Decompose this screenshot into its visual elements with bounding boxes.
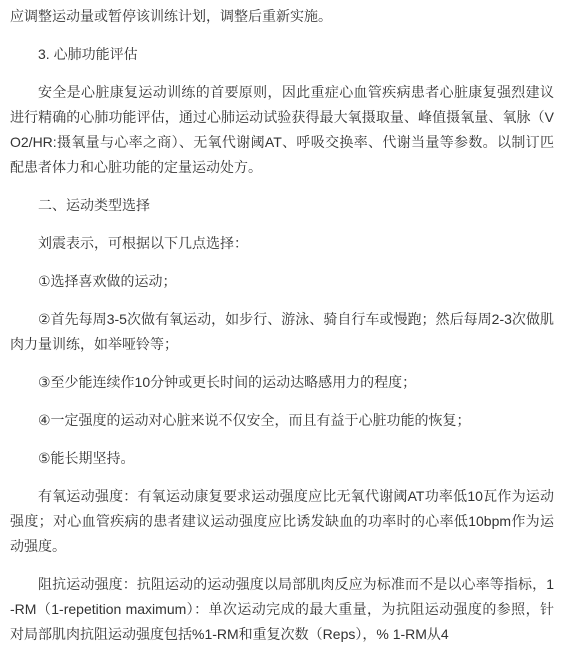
paragraph-safety-principle: 安全是心脏康复运动训练的首要原则，因此重症心血管疾病患者心脏康复强烈建议进行精确… (10, 80, 554, 180)
list-item-1: ①选择喜欢做的运动； (10, 269, 554, 294)
paragraph-expert-intro: 刘震表示，可根据以下几点选择： (10, 231, 554, 256)
subsection-heading-cardiopulmonary-assessment: 3. 心肺功能评估 (10, 42, 554, 67)
article-body: 应调整运动量或暂停该训练计划，调整后重新实施。 3. 心肺功能评估 安全是心脏康… (0, 0, 563, 655)
list-item-5: ⑤能长期坚持。 (10, 446, 554, 471)
continued-paragraph: 应调整运动量或暂停该训练计划，调整后重新实施。 (10, 4, 554, 29)
paragraph-resistance-intensity: 阻抗运动强度：抗阻运动的运动强度以局部肌肉反应为标准而不是以心率等指标，1-RM… (10, 572, 554, 647)
section-heading-exercise-type-selection: 二、运动类型选择 (10, 193, 554, 218)
list-item-3: ③至少能连续作10分钟或更长时间的运动达略感用力的程度； (10, 370, 554, 395)
list-item-2: ②首先每周3-5次做有氧运动，如步行、游泳、骑自行车或慢跑；然后每周2-3次做肌… (10, 307, 554, 357)
paragraph-aerobic-intensity: 有氧运动强度：有氧运动康复要求运动强度应比无氧代谢阈AT功率低10瓦作为运动强度… (10, 484, 554, 559)
list-item-4: ④一定强度的运动对心脏来说不仅安全，而且有益于心脏功能的恢复； (10, 408, 554, 433)
